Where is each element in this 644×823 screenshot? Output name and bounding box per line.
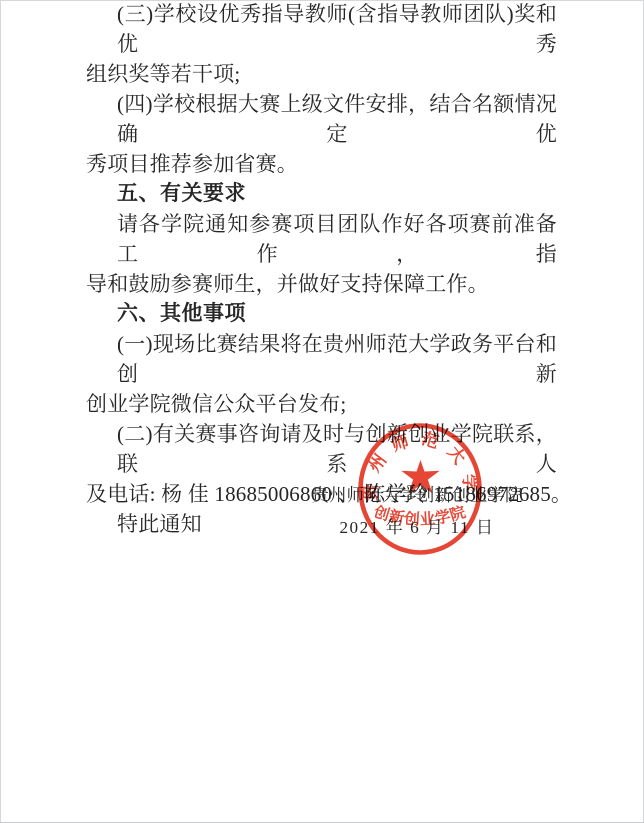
text-line: (三)学校设优秀指导教师(含指导教师团队)奖和优秀 xyxy=(86,0,557,59)
section-heading: 五、有关要求 xyxy=(86,179,557,209)
text-line: 请各学院通知参赛项目团队作好各项赛前准备工作，指 xyxy=(86,209,557,269)
section-heading: 六、其他事项 xyxy=(86,299,557,329)
text-line: (四)学校根据大赛上级文件安排，结合名额情况确定优 xyxy=(86,89,557,149)
document-page: (三)学校设优秀指导教师(含指导教师团队)奖和优秀组织奖等若干项;(四)学校根据… xyxy=(0,0,644,823)
official-seal: 贵州师范大学 创新创业学院 xyxy=(352,419,488,559)
star-icon xyxy=(401,460,439,493)
text-line: 导和鼓励参赛师生，并做好支持保障工作。 xyxy=(86,269,557,299)
text-line: 创业学院微信公众平台发布; xyxy=(86,389,557,419)
seal-banner-text: 创新创业学院 xyxy=(371,502,468,529)
text-line: (一)现场比赛结果将在贵州师范大学政务平台和创新 xyxy=(86,329,557,389)
text-line: 秀项目推荐参加省赛。 xyxy=(86,149,557,179)
text-line: 组织奖等若干项; xyxy=(86,59,557,89)
